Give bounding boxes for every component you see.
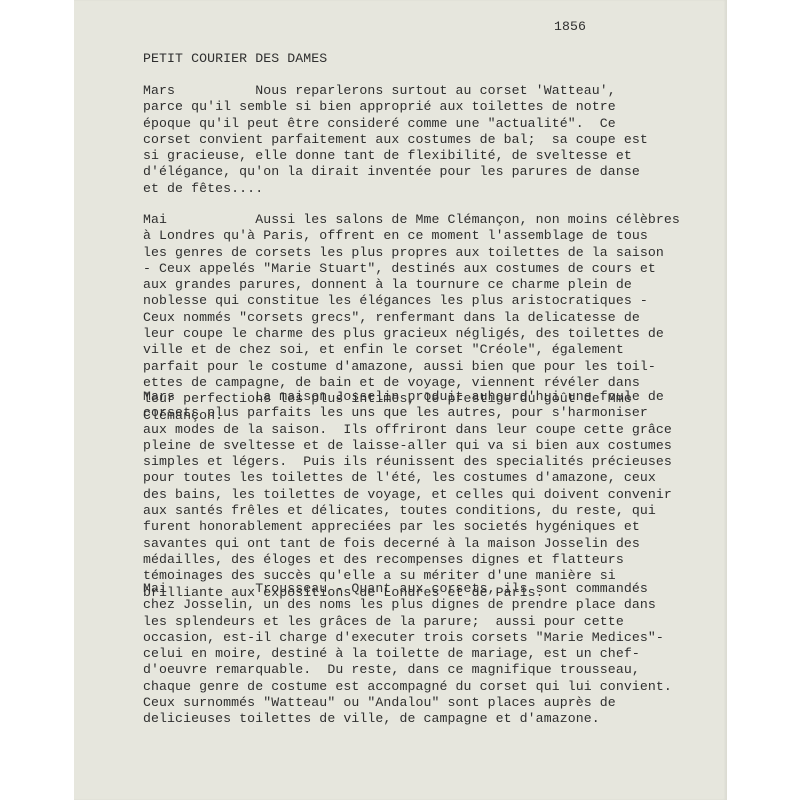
text-line: les splendeurs et les grâces de la parur…	[143, 614, 672, 630]
text-line: Ceux surnommés "Watteau" ou "Andalou" so…	[143, 695, 672, 711]
text-line: Mars Nous reparlerons surtout au corset …	[143, 83, 648, 99]
text-line: delicieuses toilettes de ville, de campa…	[143, 711, 672, 727]
text-line: pleine de sveltesse et de laisse-aller q…	[143, 438, 672, 454]
text-line: savantes qui ont tant de fois decerné à …	[143, 536, 672, 552]
paragraph-mai-trousseau: Mai Trousseau - Quant aux corsets, ils s…	[143, 581, 672, 728]
text-line: ville et de chez soi, et enfin le corset…	[143, 342, 680, 358]
text-line: d'oeuvre remarquable. Du reste, dans ce …	[143, 662, 672, 678]
paragraph-mars-josselin: Mars La maison Josselin produit auhourd'…	[143, 389, 672, 601]
page-title: PETIT COURIER DES DAMES	[143, 51, 327, 67]
text-line: des bains, les toilettes de voyage, et c…	[143, 487, 672, 503]
text-line: celui en moire, destiné à la toilette de…	[143, 646, 672, 662]
text-line: les genres de corsets les plus propres a…	[143, 245, 680, 261]
text-line: corsets plus parfaits les uns que les au…	[143, 405, 672, 421]
text-line: aux santés frêles et délicates, toutes c…	[143, 503, 672, 519]
text-line: chaque genre de costume est accompagné d…	[143, 679, 672, 695]
text-line: et de fêtes....	[143, 181, 648, 197]
text-line: noblesse qui constitue les élégances les…	[143, 293, 680, 309]
text-line: simples et légers. Puis ils réunissent d…	[143, 454, 672, 470]
paragraph-mars-watteau: Mars Nous reparlerons surtout au corset …	[143, 83, 648, 197]
text-line: chez Josselin, un des noms les plus dign…	[143, 597, 672, 613]
text-line: Mai Trousseau - Quant aux corsets, ils s…	[143, 581, 672, 597]
text-line: corset convient parfaitement aux costume…	[143, 132, 648, 148]
text-line: Mars La maison Josselin produit auhourd'…	[143, 389, 672, 405]
text-line: pour toutes les toilettes de l'été, les …	[143, 470, 672, 486]
text-line: si gracieuse, elle donne tant de flexibi…	[143, 148, 648, 164]
text-line: furent honorablement appreciées par les …	[143, 519, 672, 535]
text-line: aux modes de la saison. Ils offriront da…	[143, 422, 672, 438]
text-line: parce qu'il semble si bien approprié aux…	[143, 99, 648, 115]
text-line: occasion, est-il charge d'executer trois…	[143, 630, 672, 646]
text-line: époque qu'il peut être consideré comme u…	[143, 116, 648, 132]
text-line: Mai Aussi les salons de Mme Clémançon, n…	[143, 212, 680, 228]
text-line: aux grandes parures, donnent à la tournu…	[143, 277, 680, 293]
text-line: médailles, des éloges et des recompenses…	[143, 552, 672, 568]
text-line: Ceux nommés "corsets grecs", renfermant …	[143, 310, 680, 326]
text-line: parfait pour le costume d'amazone, aussi…	[143, 359, 680, 375]
text-line: d'élégance, qu'on la dirait inventée pou…	[143, 164, 648, 180]
text-line: leur coupe le charme des plus gracieux n…	[143, 326, 680, 342]
typed-page: 1856 PETIT COURIER DES DAMES Mars Nous r…	[74, 0, 727, 800]
text-line: - Ceux appelés "Marie Stuart", destinés …	[143, 261, 680, 277]
page-year: 1856	[554, 19, 586, 35]
text-line: à Londres qu'à Paris, offrent en ce mome…	[143, 228, 680, 244]
